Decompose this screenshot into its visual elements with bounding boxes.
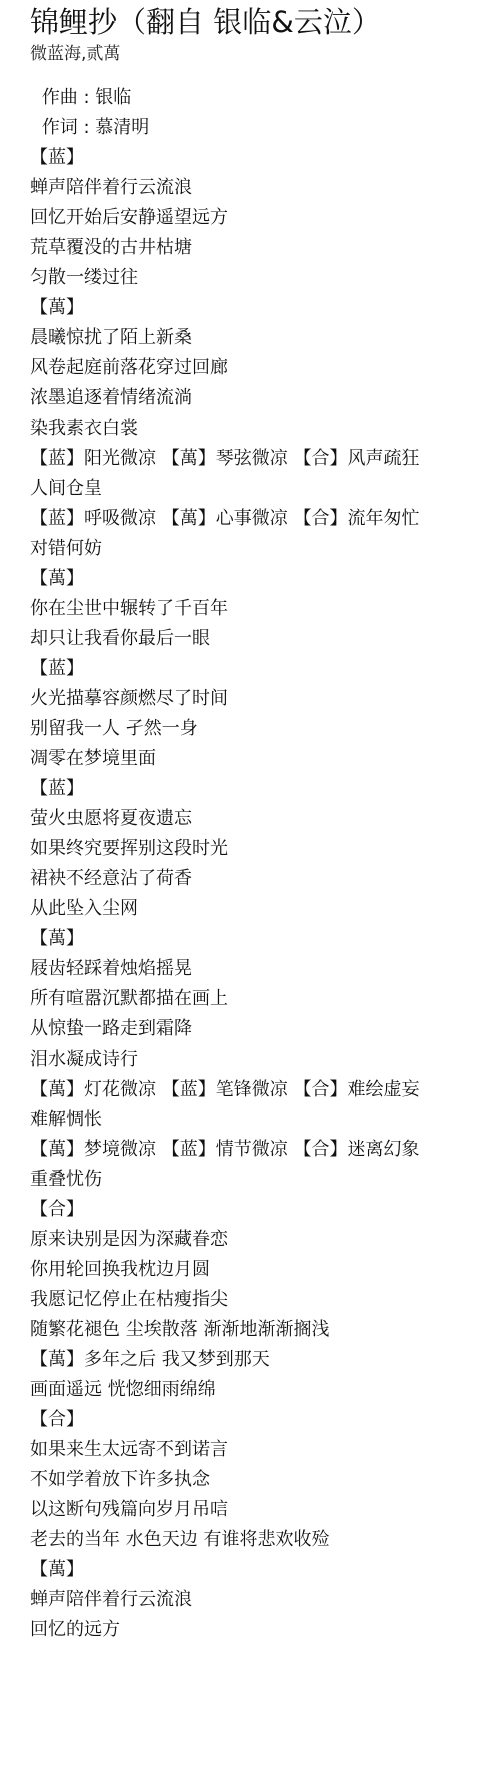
lyric-line: 从此坠入尘网 xyxy=(30,894,500,924)
lyrics-page: 锦鲤抄（翻自 银临&云泣） 微蓝海,贰萬 作曲 : 银临 作词 : 慕清明【蓝】… xyxy=(0,0,500,1645)
lyric-line: 【萬】多年之后 我又梦到那天 xyxy=(30,1345,500,1375)
lyric-line: 你在尘世中辗转了千百年 xyxy=(30,594,500,624)
lyric-line: 【蓝】呼吸微凉 【萬】心事微凉 【合】流年匆忙 xyxy=(30,504,500,534)
lyric-line: 【萬】 xyxy=(30,293,500,323)
lyric-line: 【萬】 xyxy=(30,1555,500,1585)
lyric-line: 如果来生太远寄不到诺言 xyxy=(30,1435,500,1465)
lyric-line: 画面遥远 恍惚细雨绵绵 xyxy=(30,1375,500,1405)
lyric-line: 蝉声陪伴着行云流浪 xyxy=(30,1585,500,1615)
lyric-line: 泪水凝成诗行 xyxy=(30,1045,500,1075)
lyric-line: 【萬】灯花微凉 【蓝】笔锋微凉 【合】难绘虚妄 xyxy=(30,1075,500,1105)
lyric-line: 对错何妨 xyxy=(30,534,500,564)
lyric-line: 凋零在梦境里面 xyxy=(30,744,500,774)
lyric-line: 重叠忧伤 xyxy=(30,1165,500,1195)
lyric-line: 作曲 : 银临 xyxy=(30,83,500,113)
lyric-line: 你用轮回换我枕边月圆 xyxy=(30,1255,500,1285)
lyric-line: 风卷起庭前落花穿过回廊 xyxy=(30,353,500,383)
lyric-line: 荒草覆没的古井枯塘 xyxy=(30,233,500,263)
lyric-line: 从惊蛰一路走到霜降 xyxy=(30,1014,500,1044)
lyric-line: 【蓝】 xyxy=(30,143,500,173)
lyric-line: 【合】 xyxy=(30,1405,500,1435)
song-artist: 微蓝海,贰萬 xyxy=(30,42,500,66)
lyric-line: 却只让我看你最后一眼 xyxy=(30,624,500,654)
lyric-line: 【萬】 xyxy=(30,924,500,954)
lyric-line: 我愿记忆停止在枯瘦指尖 xyxy=(30,1285,500,1315)
lyric-line: 回忆开始后安静遥望远方 xyxy=(30,203,500,233)
lyric-line: 晨曦惊扰了陌上新桑 xyxy=(30,323,500,353)
lyric-line: 火光描摹容颜燃尽了时间 xyxy=(30,684,500,714)
lyric-line: 老去的当年 水色天边 有谁将悲欢收殓 xyxy=(30,1525,500,1555)
lyric-line: 【萬】 xyxy=(30,564,500,594)
lyrics-body: 作曲 : 银临 作词 : 慕清明【蓝】蝉声陪伴着行云流浪回忆开始后安静遥望远方荒… xyxy=(30,83,500,1645)
lyric-line: 【蓝】阳光微凉 【萬】琴弦微凉 【合】风声疏狂 xyxy=(30,444,500,474)
lyric-line: 染我素衣白裳 xyxy=(30,414,500,444)
lyric-line: 裙袂不经意沾了荷香 xyxy=(30,864,500,894)
lyric-line: 原来诀别是因为深藏眷恋 xyxy=(30,1225,500,1255)
lyric-line: 蝉声陪伴着行云流浪 xyxy=(30,173,500,203)
lyric-line: 【蓝】 xyxy=(30,774,500,804)
lyric-line: 浓墨追逐着情绪流淌 xyxy=(30,383,500,413)
lyric-line: 屐齿轻踩着烛焰摇晃 xyxy=(30,954,500,984)
lyric-line: 人间仓皇 xyxy=(30,474,500,504)
lyric-line: 如果终究要挥别这段时光 xyxy=(30,834,500,864)
lyric-line: 难解惆怅 xyxy=(30,1105,500,1135)
lyric-line: 回忆的远方 xyxy=(30,1615,500,1645)
lyric-line: 以这断句残篇向岁月吊唁 xyxy=(30,1495,500,1525)
lyric-line: 不如学着放下许多执念 xyxy=(30,1465,500,1495)
lyric-line: 作词 : 慕清明 xyxy=(30,113,500,143)
lyric-line: 所有喧嚣沉默都描在画上 xyxy=(30,984,500,1014)
lyric-line: 随繁花褪色 尘埃散落 渐渐地渐渐搁浅 xyxy=(30,1315,500,1345)
lyric-line: 【合】 xyxy=(30,1195,500,1225)
lyric-line: 萤火虫愿将夏夜遗忘 xyxy=(30,804,500,834)
lyric-line: 【蓝】 xyxy=(30,654,500,684)
lyric-line: 匀散一缕过往 xyxy=(30,263,500,293)
lyric-line: 别留我一人 孑然一身 xyxy=(30,714,500,744)
song-title: 锦鲤抄（翻自 银临&云泣） xyxy=(30,0,500,42)
lyric-line: 【萬】梦境微凉 【蓝】情节微凉 【合】迷离幻象 xyxy=(30,1135,500,1165)
